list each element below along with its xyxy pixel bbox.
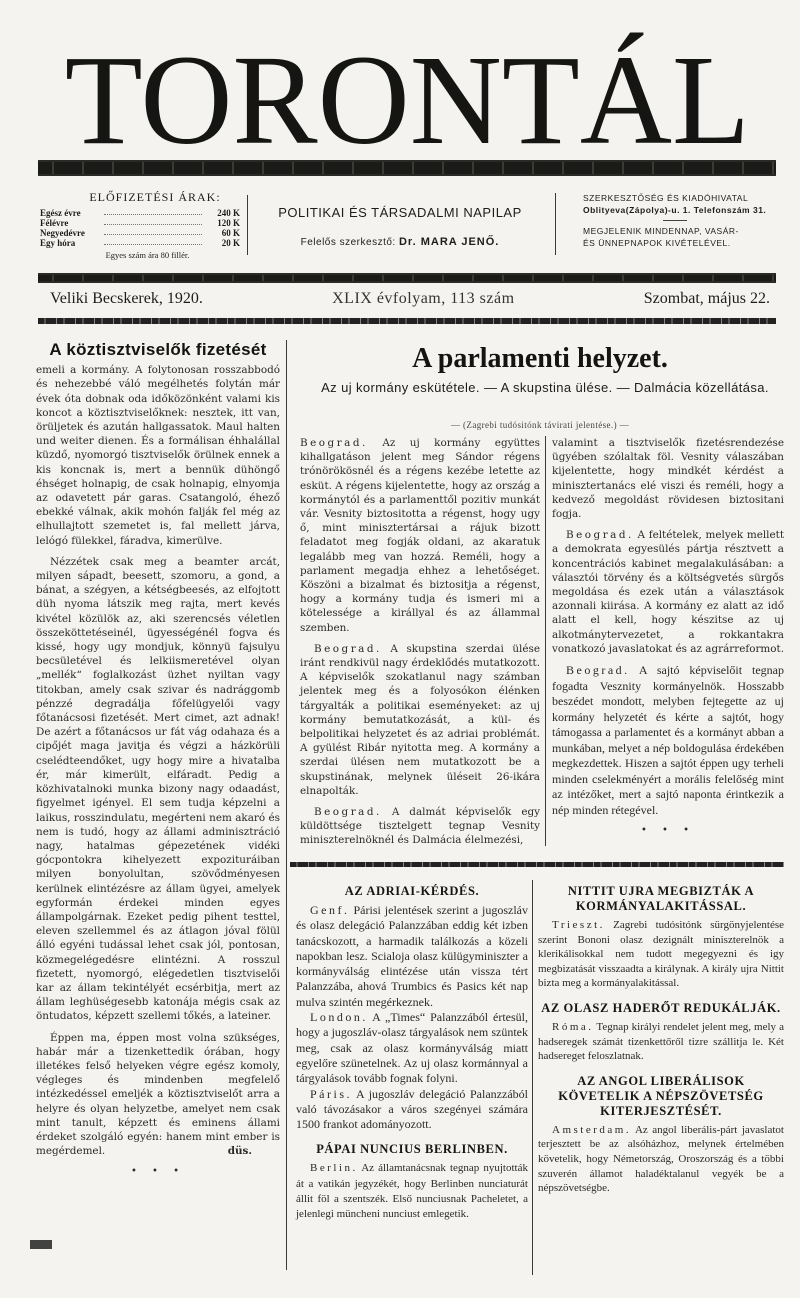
lead-paragraph: valamint a tisztviselők fizetésrendezése… [552,436,784,521]
single-copy-price: Egyes szám ára 80 fillér. [55,250,240,260]
price-row: Negyedévre60 K [40,228,240,238]
news-item: Páris. A jugoszláv delegáció Palanzzából… [296,1087,528,1133]
editor-line: Felelős szerkesztő: Dr. MARA JENŐ. [250,236,550,248]
nuncio-headline: PÁPAI NUNCIUS BERLINBEN. [296,1142,528,1157]
lead-paragraph: Beograd. A sajtó képviselőit tegnap foga… [552,663,784,818]
left-article-headline: A köztisztviselők fizetését [36,343,280,357]
place-year: Veliki Becskerek, 1920. [50,290,203,308]
paper-info: POLITIKAI ÉS TÁRSADALMI NAPILAP Felelős … [250,205,550,248]
office-info: SZERKESZTŐSÉG ÉS KIADÓHIVATAL Oblityeva(… [583,192,783,249]
end-mark: • • • [36,1165,280,1179]
lead-paragraph: Beograd. A feltételek, melyek mellett a … [552,528,784,656]
adriatic-headline: AZ ADRIAI-KÉRDÉS. [296,884,528,899]
lead-column-1: Beograd. Az uj kormány együttes kihallga… [300,436,540,848]
dateline-rule [38,318,776,324]
dateline: Veliki Becskerek, 1920. XLIX évfolyam, 1… [50,290,770,308]
italian-army-headline: AZ OLASZ HADERŐT REDUKÁLJÁK. [538,1001,784,1016]
left-article: A köztisztviselők fizetését emeli a korm… [36,343,280,1179]
price-row: Egész évre240 K [40,208,240,218]
lead-source: — (Zagrebi tudósitónk távirati jelentése… [300,420,780,430]
lead-subheadline: Az uj kormány eskütétele. — A skupstina … [300,380,790,396]
divider [247,195,248,255]
column-divider [545,436,546,846]
lead-paragraph: Beograd. Az uj kormány együttes kihallga… [300,436,540,635]
issue-date: Szombat, május 22. [644,290,770,308]
lead-headline: A parlamenti helyzet. [300,343,780,375]
masthead-rule [38,160,776,176]
news-item: Róma. Tegnap királyi rendelet jelent meg… [538,1020,784,1064]
news-item: London. A „Times“ Palanzzából értesül, h… [296,1010,528,1086]
news-item: Trieszt. Zagrebi tudósitónk sürgönyjelen… [538,918,784,991]
lead-paragraph: Beograd. A dalmát képviselők egy küldött… [300,805,540,848]
nittit-headline: NITTIT UJRA MEGBIZTÁK A KORMÁNYALAKITÁSS… [538,884,784,914]
subscription-title: ELŐFIZETÉSI ÁRAK: [70,190,240,205]
price-row: Egy hóra20 K [40,238,240,248]
section-rule [290,862,784,867]
lead-column-2: valamint a tisztviselők fizetésrendezése… [552,436,784,838]
end-mark: • • • [552,824,784,838]
news-item: Amsterdam. Az angol liberális-párt javas… [538,1123,784,1196]
divider [555,193,556,255]
liberals-headline: AZ ANGOL LIBERÁLISOK KÖVETELIK A NÉPSZÖV… [538,1074,784,1119]
masthead-title: TORONTÁL [30,40,800,160]
editor-name: Dr. MARA JENŐ. [399,236,499,248]
tagline: POLITIKAI ÉS TÁRSADALMI NAPILAP [250,205,550,220]
column-divider [532,880,533,1275]
issue-number: XLIX évfolyam, 113 szám [332,290,514,308]
subscription-prices: ELŐFIZETÉSI ÁRAK: Egész évre240 K Félévr… [40,190,240,260]
lower-right-column: NITTIT UJRA MEGBIZTÁK A KORMÁNYALAKITÁSS… [538,884,784,1196]
lower-middle-column: AZ ADRIAI-KÉRDÉS. Genf. Párisi jelentése… [296,884,528,1223]
news-item: Genf. Párisi jelentések szerint a jugosz… [296,903,528,1010]
column-divider [286,340,287,1270]
lead-paragraph: Beograd. A skupstina szerdai ülése iránt… [300,642,540,798]
scan-artifact [30,1240,52,1249]
news-item: Berlin. Az államtanácsnak tegnap nyujtot… [296,1161,528,1222]
price-row: Félévre120 K [40,218,240,228]
header-rule [38,273,776,283]
